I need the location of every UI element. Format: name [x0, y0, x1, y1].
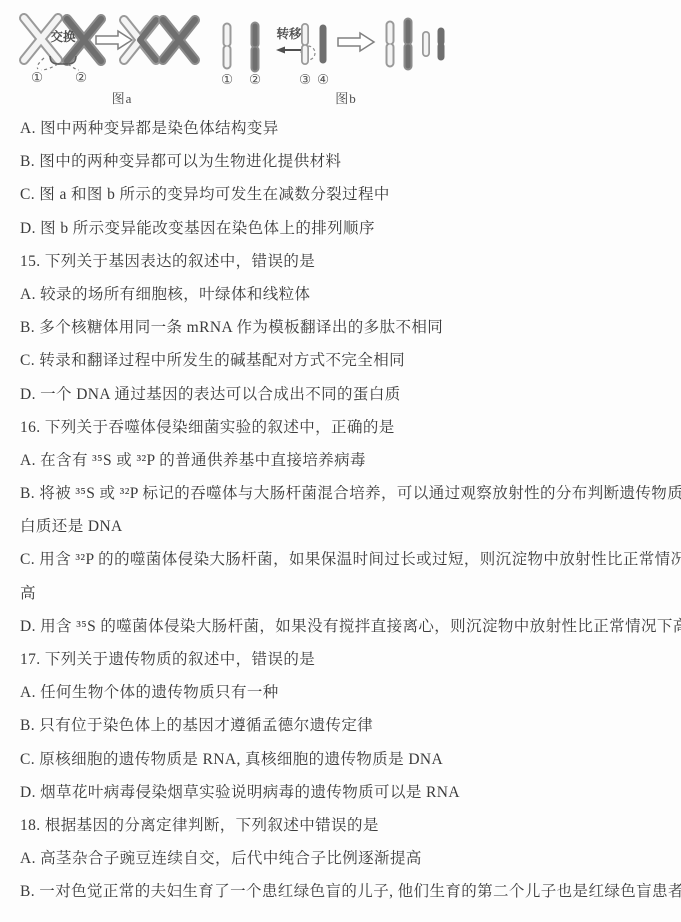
- fig-a-result-chromosome-2: [163, 20, 195, 60]
- question-stem-line: 17. 下列关于遗传物质的叙述中，错误的是: [20, 643, 670, 676]
- fig-a-number-2: ②: [75, 70, 87, 85]
- option-line: C. 用含 ³²P 的的噬菌体侵染大肠杆菌，如果保温时间过长或过短，则沉淀物中放…: [20, 543, 670, 576]
- option-line: A. 较录的场所有细胞核，叶绿体和线粒体: [20, 278, 670, 311]
- continuation-line: 白质还是 DNA: [20, 510, 670, 543]
- chromosome-figure: 交换 ① ②: [0, 0, 681, 114]
- option-line: A. 在含有 ³⁵S 或 ³²P 的普通供养基中直接培养病毒: [20, 444, 670, 477]
- exam-page: 交换 ① ②: [0, 0, 681, 922]
- option-line: C. 图 a 和图 b 所示的变异均可发生在减数分裂过程中: [20, 178, 670, 211]
- fig-b-number-3: ③: [299, 72, 311, 87]
- question-stem-line: 18. 根据基因的分离定律判断，下列叙述中错误的是: [20, 809, 670, 842]
- option-line: C. 原核细胞的遗传物质是 RNA, 真核细胞的遗传物质是 DNA: [20, 743, 670, 776]
- option-line: B. 一对色觉正常的夫妇生育了一个患红绿色盲的儿子, 他们生育的第二个儿子也是红…: [20, 875, 670, 908]
- fig-b-number-1: ①: [221, 72, 233, 87]
- option-line: D. 一个 DNA 通过基因的表达可以合成出不同的蛋白质: [20, 378, 670, 411]
- option-line: B. 图中的两种变异都可以为生物进化提供材料: [20, 145, 670, 178]
- option-line: B. 多个核糖体用同一条 mRNA 作为模板翻译出的多肽不相同: [20, 311, 670, 344]
- option-line: D. 用含 ³⁵S 的噬菌体侵染大肠杆菌，如果没有搅拌直接离心，则沉淀物中放射性…: [20, 610, 670, 643]
- continuation-line: 高: [20, 577, 670, 610]
- option-line: A. 高茎杂合子豌豆连续自交，后代中纯合子比例逐渐提高: [20, 842, 670, 875]
- option-line: D. 图 b 所示变异能改变基因在染色体上的排列顺序: [20, 212, 670, 245]
- fig-b-group: 转移 ① ② ③: [221, 22, 441, 106]
- question-stem-line: 15. 下列关于基因表达的叙述中，错误的是: [20, 245, 670, 278]
- fig-a-number-1: ①: [31, 70, 43, 85]
- exchange-label: 交换: [50, 29, 76, 44]
- option-line: A. 图中两种变异都是染色体结构变异: [20, 112, 670, 145]
- option-line: B. 只有位于染色体上的基因才遵循孟德尔遗传定律: [20, 709, 670, 742]
- question-stem-line: 16. 下列关于吞噬体侵染细菌实验的叙述中，正确的是: [20, 411, 670, 444]
- fig-a-dashed-mid: [41, 64, 58, 70]
- option-line: C. 转录和翻译过程中所发生的碱基配对方式不完全相同: [20, 344, 670, 377]
- fig-a-dashed-left: [37, 58, 44, 69]
- option-line: D. 烟草花叶病毒侵染烟草实验说明病毒的遗传物质可以是 RNA: [20, 776, 670, 809]
- fig-a-result-arrow: [96, 31, 132, 49]
- transfer-label: 转移: [276, 26, 302, 41]
- question-text-block: A. 图中两种变异都是染色体结构变异 B. 图中的两种变异都可以为生物进化提供材…: [20, 112, 670, 909]
- option-line: A. 任何生物个体的遗传物质只有一种: [20, 676, 670, 709]
- fig-b-number-2: ②: [249, 72, 261, 87]
- fig-b-result-arrow: [338, 33, 374, 51]
- option-line: B. 将被 ³⁵S 或 ³²P 标记的吞噬体与大肠杆菌混合培养，可以通过观察放射…: [20, 477, 670, 510]
- fig-a-caption: 图a: [112, 91, 133, 106]
- fig-b-number-4: ④: [317, 72, 329, 87]
- fig-a-group: 交换 ① ②: [24, 18, 195, 106]
- chromosome-figure-svg: 交换 ① ②: [0, 0, 681, 114]
- fig-b-caption: 图b: [335, 91, 357, 106]
